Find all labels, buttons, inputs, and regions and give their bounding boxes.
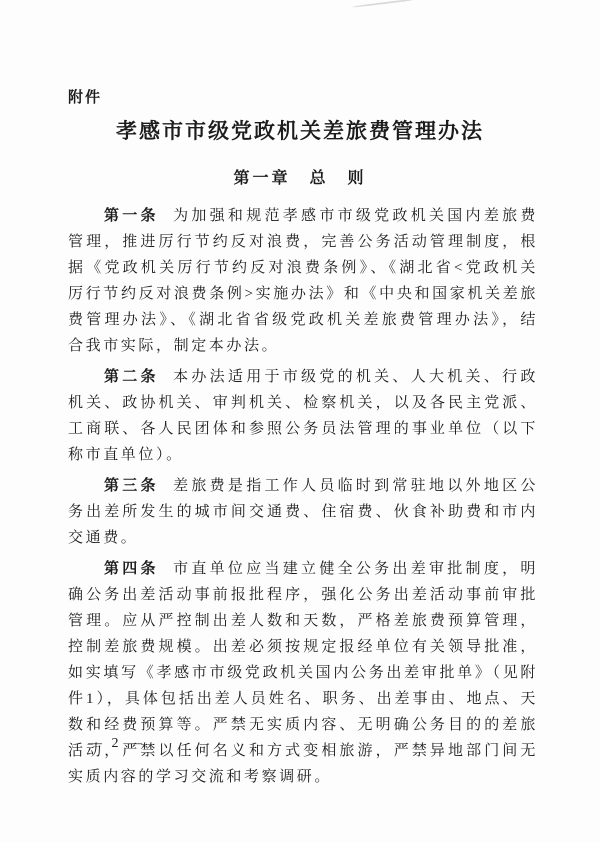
paragraph-article-4: 第四条市直单位应当建立健全公务出差审批制度，明确公务出差活动事前报批程序，强化公… bbox=[68, 556, 538, 790]
scanned-document-page: 附件 孝感市市级党政机关差旅费管理办法 第一章 总 则 第一条为加强和规范孝感市… bbox=[0, 0, 600, 843]
article-2-number: 第二条 bbox=[104, 368, 159, 385]
paragraph-article-3: 第三条差旅费是指工作人员临时到常驻地以外地区公务出差所发生的城市间交通费、住宿费… bbox=[68, 473, 538, 551]
document-title: 孝感市市级党政机关差旅费管理办法 bbox=[0, 115, 600, 145]
chapter-heading: 第一章 总 则 bbox=[0, 165, 600, 188]
article-4-number: 第四条 bbox=[104, 560, 159, 577]
article-1-number: 第一条 bbox=[104, 207, 159, 224]
article-1-text: 为加强和规范孝感市市级党政机关国内差旅费管理，推进厉行节约反对浪费，完善公务活动… bbox=[68, 208, 538, 354]
scan-artifact bbox=[352, 0, 418, 8]
paragraph-article-1: 第一条为加强和规范孝感市市级党政机关国内差旅费管理，推进厉行节约反对浪费，完善公… bbox=[68, 203, 538, 359]
document-body: 第一条为加强和规范孝感市市级党政机关国内差旅费管理，推进厉行节约反对浪费，完善公… bbox=[68, 203, 538, 795]
page-number: — 2 — bbox=[88, 736, 145, 752]
article-3-number: 第三条 bbox=[104, 477, 159, 494]
attachment-label: 附件 bbox=[68, 86, 102, 107]
paragraph-article-2: 第二条本办法适用于市级党的机关、人大机关、行政机关、政协机关、审判机关、检察机关… bbox=[68, 364, 538, 468]
